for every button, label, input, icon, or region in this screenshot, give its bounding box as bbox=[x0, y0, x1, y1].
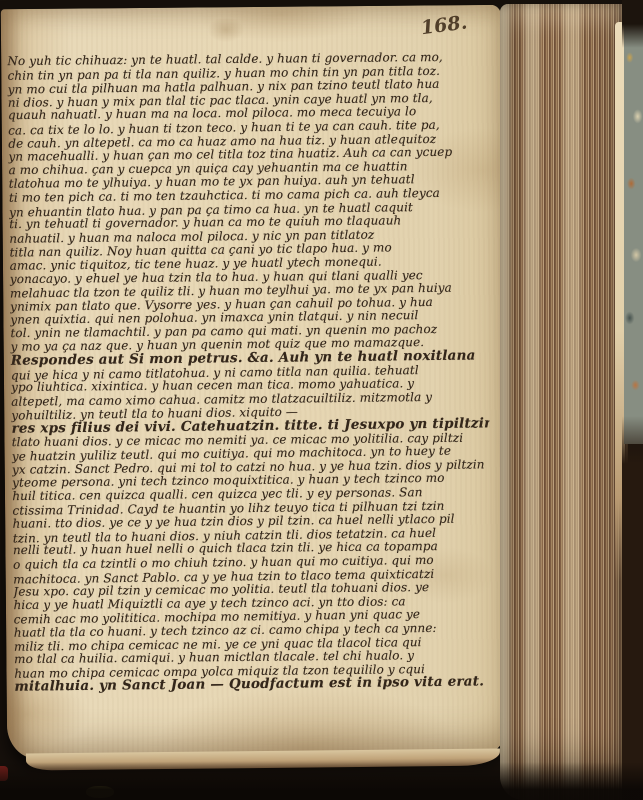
manuscript-line: mitalhuia. yn Sanct Joan — Quodfactum es… bbox=[14, 676, 492, 695]
cover-shadow bbox=[622, 0, 643, 800]
page-number: 168. bbox=[420, 12, 468, 38]
bottom-shadow bbox=[0, 762, 643, 800]
book-page: 168. No yuh tic chihuaz: yn te huatl. ta… bbox=[1, 5, 508, 759]
manuscript-text: No yuh tic chihuaz: yn te huatl. tal cal… bbox=[7, 50, 492, 705]
photo-frame: 168. No yuh tic chihuaz: yn te huatl. ta… bbox=[0, 0, 643, 800]
book-fore-edge bbox=[500, 4, 628, 800]
